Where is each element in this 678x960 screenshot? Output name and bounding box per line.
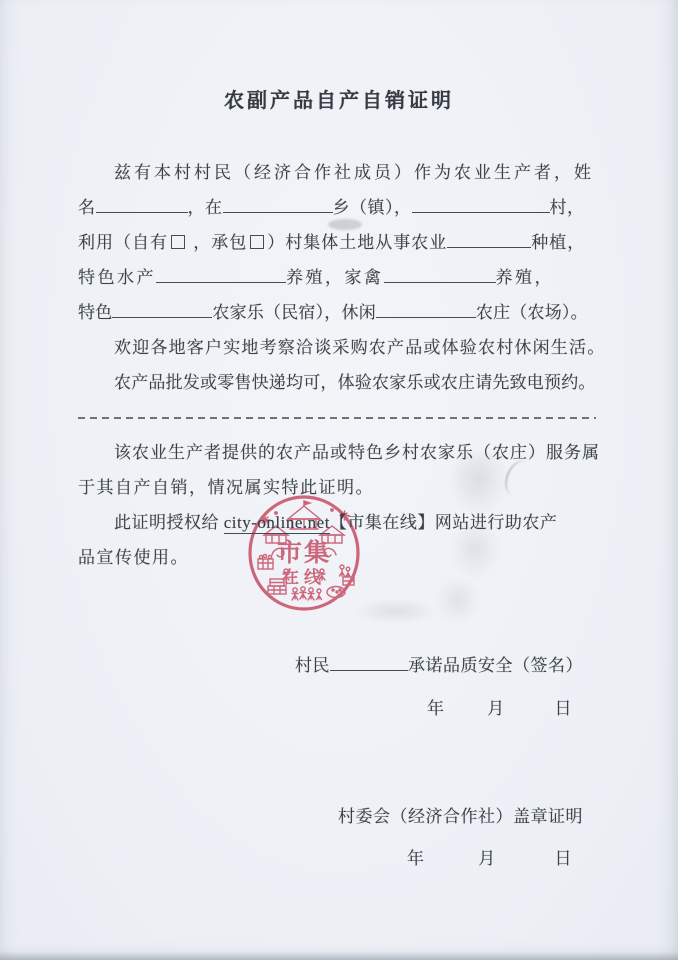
text-run: ，在 [188, 198, 223, 217]
scanned-certificate-page: 农副产品自产自销证明 市集 在线 [0, 0, 678, 960]
date-day-label: 日 [555, 699, 572, 718]
text-run: 利用（自有 [78, 233, 168, 252]
text-run: 特色水产 [78, 268, 156, 287]
text-run: 品宣传使用。 [78, 548, 189, 567]
text-run: 承诺品质安全（签名） [408, 656, 583, 675]
blank-field [330, 655, 408, 671]
farmer-signature-line: 村民承诺品质安全（签名） [295, 651, 583, 676]
text-run: 名 [78, 198, 96, 217]
body-line: 特色农家乐（民宿），休闲农庄（农场）。 [78, 295, 602, 330]
body-line: 名，在乡（镇），村， [78, 190, 602, 225]
blank-field [412, 197, 550, 213]
document-title: 农副产品自产自销证明 [0, 84, 678, 113]
text-run: 该农业生产者提供的农产品或特色乡村农家乐（农庄）服务属 [114, 443, 600, 462]
checkbox [171, 235, 185, 249]
blank-field [223, 197, 333, 213]
text-run: 欢迎各地客户实地考察洽谈采购农产品或体验农村休闲生活。 [114, 338, 605, 357]
committee-signature-line: 村委会（经济合作社）盖章证明 [338, 802, 583, 827]
document-body: 兹有本村村民（经济合作社成员）作为农业生产者，姓名，在乡（镇），村，利用（自有 … [78, 155, 602, 575]
body-line: 欢迎各地客户实地考察洽谈采购农产品或体验农村休闲生活。 [78, 330, 602, 365]
scan-smudge [348, 592, 443, 630]
dashed-separator [78, 400, 602, 435]
committee-date-line: 年 月 日 [338, 844, 572, 869]
checkbox [250, 235, 264, 249]
blank-field [447, 232, 531, 248]
body-line: 特色水产养殖，家禽养殖， [78, 260, 602, 295]
body-line: 品宣传使用。 [78, 540, 602, 575]
date-month-label: 月 [487, 699, 504, 718]
body-line: 兹有本村村民（经济合作社成员）作为农业生产者，姓 [78, 155, 602, 190]
text-run: 乡（镇）， [333, 198, 412, 217]
text-run: 此证明授权给 [114, 513, 224, 532]
text-run: 养殖， [496, 268, 555, 287]
body-line: 农产品批发或零售快递均可，体验农家乐或农庄请先致电预约。 [78, 365, 602, 400]
stamp-crowd-icon [292, 587, 322, 600]
text-run: 村， [550, 198, 585, 217]
website-url: city-online.net [224, 513, 330, 534]
text-run: 农产品批发或零售快递均可，体验农家乐或农庄请先致电预约。 [114, 373, 596, 392]
body-line: 此证明授权给 city-online.net【市集在线】网站进行助农产 [78, 505, 602, 540]
date-year-label: 年 [427, 699, 444, 718]
text-run: 种植， [531, 233, 585, 252]
date-month-label: 月 [478, 849, 495, 868]
farmer-date-line: 年 月 日 [295, 694, 572, 719]
date-day-label: 日 [555, 849, 572, 868]
blank-field [96, 197, 188, 213]
text-run: 【市集在线】网站进行助农产 [330, 513, 558, 532]
body-line: 该农业生产者提供的农产品或特色乡村农家乐（农庄）服务属 [78, 435, 602, 470]
text-run: 兹有本村村民（经济合作社成员）作为农业生产者，姓 [114, 163, 594, 182]
text-run: 农庄（农场）。 [476, 303, 588, 322]
text-run: ）村集体土地从事农业 [267, 233, 447, 252]
date-year-label: 年 [407, 849, 424, 868]
text-run: 特色 [78, 303, 112, 322]
blank-field [376, 302, 476, 318]
blank-field [384, 267, 496, 283]
text-run: 村民 [295, 656, 330, 675]
text-run: 农家乐（民宿），休闲 [212, 303, 376, 322]
blank-field [112, 302, 212, 318]
text-run: 养殖，家禽 [286, 268, 384, 287]
body-line: 于其自产自销，情况属实特此证明。 [78, 470, 602, 505]
body-line: 利用（自有 ，承包）村集体土地从事农业种植， [78, 225, 602, 260]
text-run: ，承包 [188, 233, 247, 252]
blank-field [156, 267, 286, 283]
text-run: 于其自产自销，情况属实特此证明。 [78, 478, 374, 497]
